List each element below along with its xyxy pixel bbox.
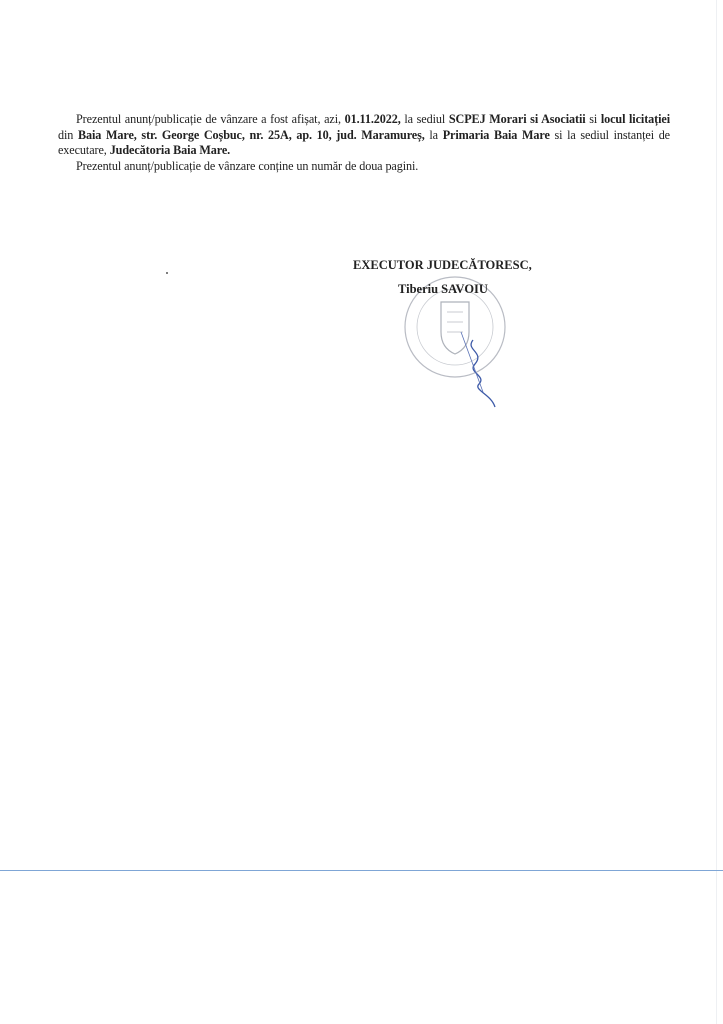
text-segment: si xyxy=(586,112,601,126)
townhall: Primaria Baia Mare xyxy=(443,128,550,142)
body-text: Prezentul anunț/publicație de vânzare a … xyxy=(58,112,670,174)
horizontal-rule xyxy=(0,870,723,871)
paragraph-page-count: Prezentul anunț/publicație de vânzare co… xyxy=(58,159,670,175)
court-name: Judecătoria Baia Mare. xyxy=(110,143,230,157)
signature-title: EXECUTOR JUDECĂTORESC, xyxy=(353,258,532,273)
signature-name: Tiberiu SAVOIU xyxy=(398,282,488,297)
paragraph-posting-notice: Prezentul anunț/publicație de vânzare a … xyxy=(58,112,670,159)
text-segment: la sediul xyxy=(401,112,449,126)
posting-date: 01.11.2022, xyxy=(345,112,401,126)
text-segment: la xyxy=(425,128,443,142)
auction-place: locul licitației xyxy=(601,112,670,126)
text-segment: din xyxy=(58,128,78,142)
firm-name: SCPEJ Morari si Asociatii xyxy=(449,112,586,126)
text-segment: Prezentul anunț/publicație de vânzare a … xyxy=(76,112,345,126)
address: Baia Mare, str. George Coșbuc, nr. 25A, … xyxy=(78,128,425,142)
scan-speck xyxy=(166,272,168,274)
